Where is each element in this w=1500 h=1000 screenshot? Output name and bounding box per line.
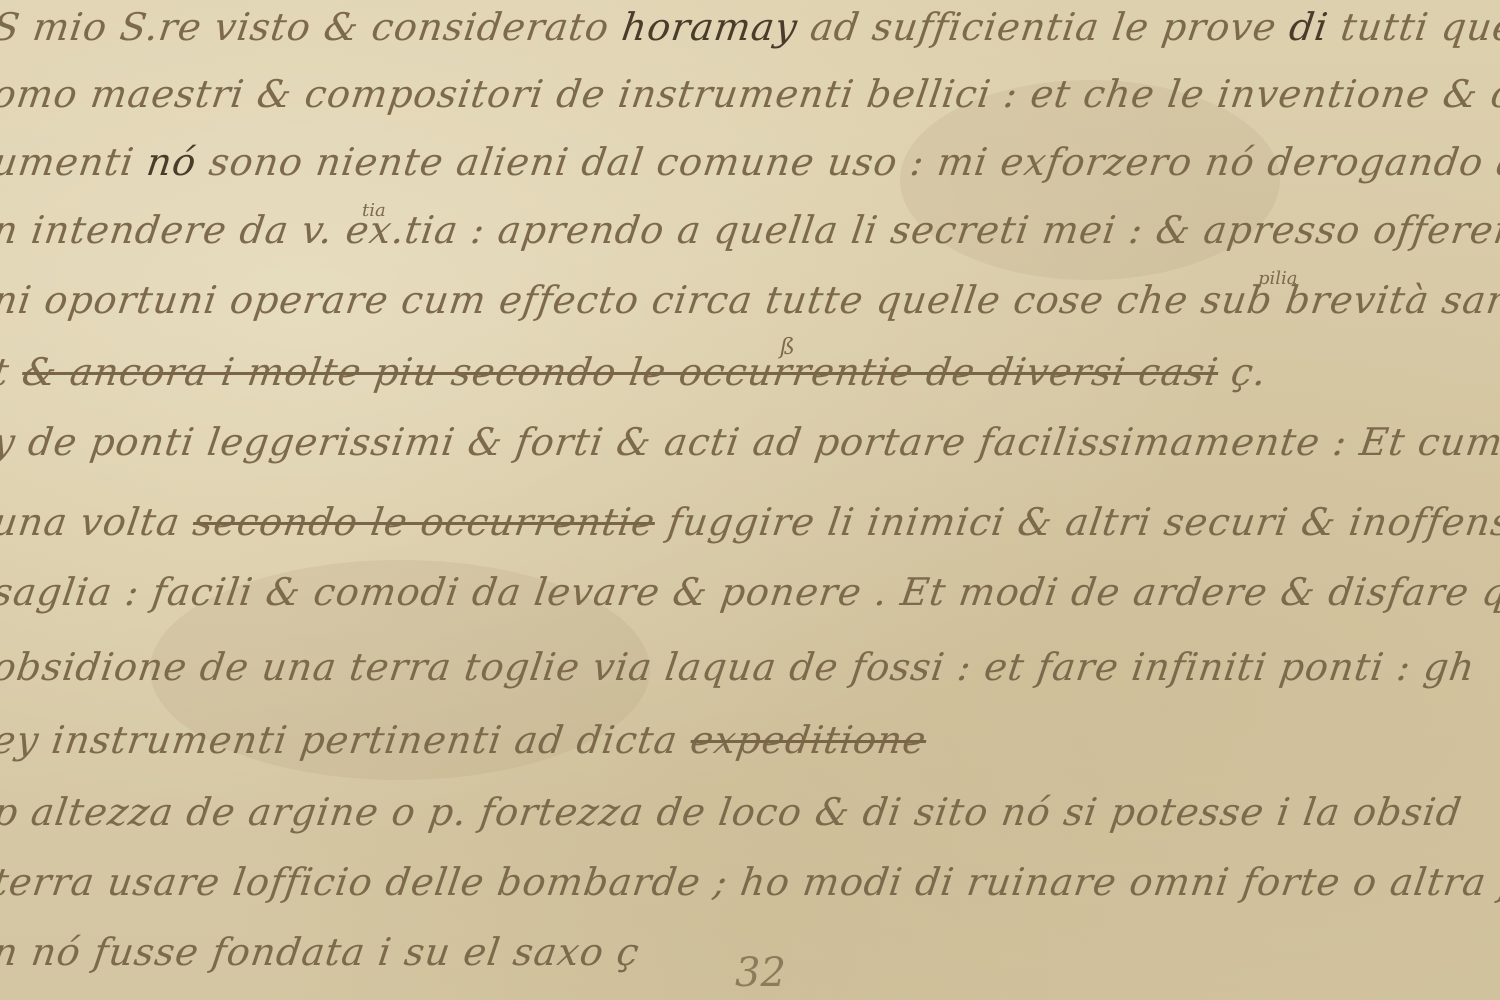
manuscript-line: t & ancora i molte piu secondo le occurr…: [0, 350, 1270, 394]
interlinear-gloss: tia: [362, 200, 386, 221]
line-text: horamay: [619, 5, 801, 49]
line-text: n nó fusse fondata i su el saxo ç: [0, 930, 643, 974]
manuscript-line: saglia : facili & comodi da levare & pon…: [0, 570, 1500, 614]
manuscript-line: n nó fusse fondata i su el saxo ç: [0, 930, 643, 974]
line-text: una volta: [0, 500, 196, 544]
line-text: omo maestri & compositori de instrumenti…: [0, 72, 1500, 116]
line-text: umenti: [0, 140, 150, 184]
manuscript-line: p altezza de argine o p. fortezza de loc…: [0, 790, 1465, 834]
line-text: fuggire li inimici & altri securi & inof…: [652, 500, 1500, 544]
manuscript-line: una volta secondo le occurrentie fuggire…: [0, 500, 1500, 544]
line-text: ç.: [1215, 350, 1270, 394]
struck-text: & ancora i molte piu secondo le occurren…: [19, 350, 1221, 394]
manuscript-line: omo maestri & compositori de instrumenti…: [0, 72, 1500, 116]
interlinear-gloss: pilia: [1258, 268, 1298, 289]
line-text: y de ponti leggerissimi & forti & acti a…: [0, 420, 1500, 464]
manuscript-page: S mio S.re visto & considerato horamay a…: [0, 0, 1500, 1000]
struck-text: expeditione: [688, 718, 930, 762]
page-number: 32: [735, 950, 786, 996]
manuscript-line: terra usare lofficio delle bombarde ; ho…: [0, 860, 1500, 904]
manuscript-line: y de ponti leggerissimi & forti & acti a…: [0, 420, 1500, 464]
line-text: sono niente alieni dal comune uso : mi e…: [193, 140, 1500, 184]
line-text: ad sufficientia le prove: [794, 5, 1292, 49]
manuscript-line: umenti nó sono niente alieni dal comune …: [0, 140, 1500, 184]
line-text: S mio S.re visto & considerato: [0, 5, 625, 49]
line-text: ey instrumenti pertinenti ad dicta: [0, 718, 694, 762]
line-text: n intendere da v. ex.tia : aprendo a que…: [0, 208, 1500, 252]
line-text: obsidione de una terra toglie via laqua …: [0, 645, 1478, 689]
line-text: nó: [144, 140, 200, 184]
line-text: tutti quelli: [1325, 5, 1500, 49]
manuscript-line: S mio S.re visto & considerato horamay a…: [0, 5, 1500, 49]
interlinear-gloss: ß: [780, 335, 795, 360]
manuscript-line: n intendere da v. ex.tia : aprendo a que…: [0, 208, 1500, 252]
struck-text: secondo le occurrentie: [190, 500, 658, 544]
line-text: p altezza de argine o p. fortezza de loc…: [0, 790, 1465, 834]
line-text: di: [1287, 5, 1332, 49]
manuscript-line: ey instrumenti pertinenti ad dicta exped…: [0, 718, 929, 762]
line-text: terra usare lofficio delle bombarde ; ho…: [0, 860, 1500, 904]
line-text: saglia : facili & comodi da levare & pon…: [0, 570, 1500, 614]
manuscript-line: obsidione de una terra toglie via laqua …: [0, 645, 1478, 689]
